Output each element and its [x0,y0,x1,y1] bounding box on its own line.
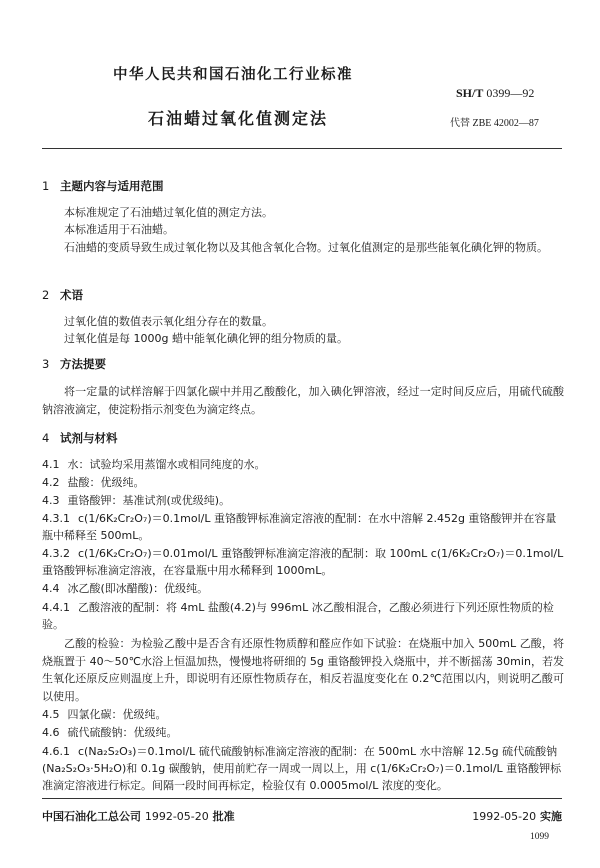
section-3-heading: 3方法提要 [42,357,564,372]
item-4-6: 4.6硫代硫酸钠：优级纯。 [42,725,564,740]
footer-divider [42,798,562,799]
section-4-heading: 4试剂与材料 [42,431,564,446]
approval-line: 中国石油化工总公司 1992-05-20 批准 [42,808,235,824]
section-2-heading: 2术语 [42,288,564,303]
item-4-4-1: 4.4.1乙酸溶液的配制：将 4mL 盐酸(4.2)与 996mL 冰乙酸相混合… [42,599,564,633]
section-2-paragraph: 过氧化值的数值表示氧化组分存在的数量。 [42,314,564,329]
document-body: 1主题内容与适用范围 本标准规定了石油蜡过氧化值的测定方法。 本标准适用于石油蜡… [42,0,564,800]
item-4-6-1: 4.6.1c(Na₂S₂O₃)＝0.1mol/L 硫代硫酸钠标准滴定溶液的配制：… [42,743,564,794]
item-4-3-2: 4.3.2c(1/6K₂Cr₂O₇)＝0.01mol/L 重铬酸钾标准滴定溶液的… [42,545,564,579]
approved-label: 批准 [213,810,235,823]
effective-label: 实施 [540,810,562,823]
item-4-1: 4.1水：试验均采用蒸馏水或相同纯度的水。 [42,457,564,472]
section-2-paragraph: 过氧化值是每 1000g 蜡中能氧化碘化钾的组分物质的量。 [42,331,564,346]
page-number: 1099 [530,832,549,842]
approved-date: 1992-05-20 [145,810,209,823]
effective-date: 1992-05-20 [472,810,536,823]
section-1-paragraph: 本标准规定了石油蜡过氧化值的测定方法。 [42,205,564,220]
item-4-3: 4.3重铬酸钾：基准试剂(或优级纯)。 [42,493,564,508]
item-4-3-1: 4.3.1c(1/6K₂Cr₂O₇)＝0.1mol/L 重铬酸钾标准滴定溶液的配… [42,510,564,544]
item-4-2: 4.2盐酸：优级纯。 [42,475,564,490]
section-1-paragraph: 本标准适用于石油蜡。 [42,222,564,237]
section-1-heading: 1主题内容与适用范围 [42,179,564,194]
effective-line: 1992-05-20 实施 [472,808,562,824]
acetic-acid-test-paragraph: 乙酸的检验：为检验乙酸中是否含有还原性物质醇和醛应作如下试验：在烧瓶中加入 50… [42,635,564,705]
item-4-4: 4.4冰乙酸(即冰醋酸)：优级纯。 [42,581,564,596]
issuer: 中国石油化工总公司 [42,810,141,823]
item-4-5: 4.5四氯化碳：优级纯。 [42,707,564,722]
section-1-paragraph: 石油蜡的变质导致生成过氧化物以及其他含氧化合物。过氧化值测定的是那些能氧化碘化钾… [42,239,564,256]
section-3-paragraph: 将一定量的试样溶解于四氯化碳中并用乙酸酸化，加入碘化钾溶液，经过一定时间反应后，… [42,383,564,419]
